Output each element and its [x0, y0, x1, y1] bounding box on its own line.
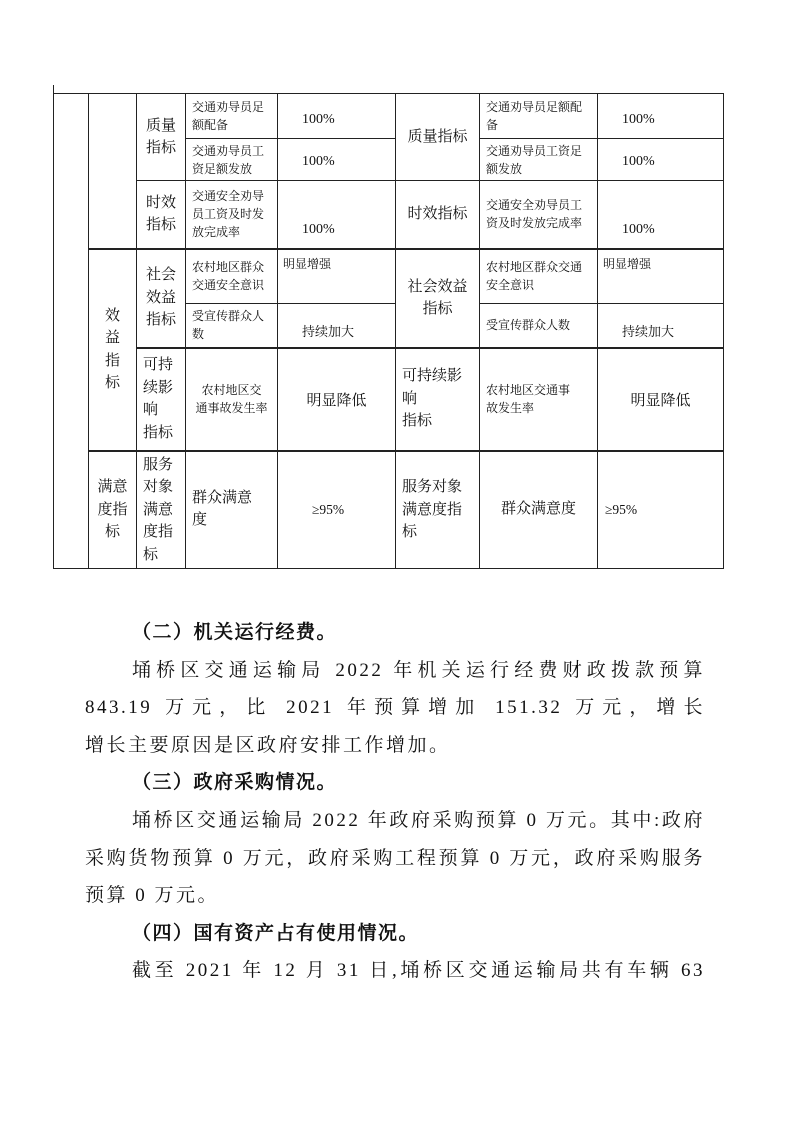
left-sustainability-label: 可持 续影 响 指标 — [137, 348, 186, 451]
body-text: （二）机关运行经费。 埇桥区交通运输局 2022 年机关运行经费财政拨款预算 8… — [85, 614, 705, 990]
indicator-name-cell: 交通劝导员足 额配备 — [186, 94, 278, 139]
paragraph-line: 埇桥区交通运输局 2022 年机关运行经费财政拨款预算 — [85, 652, 705, 690]
indicator-value-cell: ≥95% — [598, 451, 724, 569]
paragraph-line: 预算 0 万元。 — [85, 877, 705, 915]
indicator-value-cell: 明显降低 — [278, 348, 396, 451]
left-satisfaction-label: 服务 对象 满意 度指 标 — [137, 451, 186, 569]
indicator-name-cell: 群众满意 度 — [186, 451, 278, 569]
paragraph-line: 采购货物预算 0 万元，政府采购工程预算 0 万元，政府采购服务 — [85, 840, 705, 878]
right-timeliness-label: 时效指标 — [396, 181, 480, 249]
indicator-value-cell: 明显增强 — [278, 249, 396, 304]
indicator-name-cell: 交通安全劝导员工 资及时发放完成率 — [480, 181, 598, 249]
section-heading-operating-expenses: （二）机关运行经费。 — [85, 614, 705, 652]
indicator-value-cell: 100% — [598, 94, 724, 139]
left-output-group-cell — [89, 94, 137, 249]
left-satisfaction-group-label: 满意 度指 标 — [89, 451, 137, 569]
left-quality-label: 质量 指标 — [137, 94, 186, 181]
indicator-name-cell: 农村地区群众交通 安全意识 — [480, 249, 598, 304]
indicator-name-cell: 受宣传群众人 数 — [186, 304, 278, 348]
table-left-margin-cell — [54, 94, 89, 569]
indicator-value-cell: 明显增强 — [598, 249, 724, 304]
indicator-value-cell: 100% — [278, 181, 396, 249]
indicator-name-cell: 农村地区群众 交通安全意识 — [186, 249, 278, 304]
indicator-name-cell: 交通劝导员工 资足额发放 — [186, 139, 278, 181]
indicator-name-cell: 农村地区交 通事故发生率 — [186, 348, 278, 451]
indicator-value-cell: 100% — [598, 139, 724, 181]
paragraph-line: 埇桥区交通运输局 2022 年政府采购预算 0 万元。其中:政府 — [85, 802, 705, 840]
paragraph-line: 843.19 万元，比 2021 年预算增加 151.32 万元，增长 21.8… — [85, 689, 705, 727]
right-sustainability-label: 可持续影 响 指标 — [396, 348, 480, 451]
indicator-value-cell: 明显降低 — [598, 348, 724, 451]
indicator-name-cell: 群众满意度 — [480, 451, 598, 569]
indicator-value-cell: ≥95% — [278, 451, 396, 569]
indicator-value-cell: 100% — [598, 181, 724, 249]
indicator-value-cell: 持续加大 — [598, 304, 724, 348]
left-timeliness-label: 时效 指标 — [137, 181, 186, 249]
performance-indicators-table: 质量 指标 交通劝导员足 额配备 100% 质量指标 交通劝导员足额配 备 10… — [53, 93, 724, 569]
indicator-name-cell: 交通劝导员工资足 额发放 — [480, 139, 598, 181]
indicator-value-cell: 持续加大 — [278, 304, 396, 348]
paragraph-line: 增长主要原因是区政府安排工作增加。 — [85, 727, 705, 765]
indicator-name-cell: 交通劝导员足额配 备 — [480, 94, 598, 139]
indicator-name-cell: 交通安全劝导 员工资及时发 放完成率 — [186, 181, 278, 249]
section-heading-procurement: （三）政府采购情况。 — [85, 764, 705, 802]
document-page: 质量 指标 交通劝导员足 额配备 100% 质量指标 交通劝导员足额配 备 10… — [0, 0, 793, 1122]
indicator-value-cell: 100% — [278, 139, 396, 181]
right-social-benefit-label: 社会效益 指标 — [396, 249, 480, 348]
paragraph-line: 截至 2021 年 12 月 31 日,埇桥区交通运输局共有车辆 63 辆， — [85, 952, 705, 990]
indicator-name-cell: 受宣传群众人数 — [480, 304, 598, 348]
right-quality-label: 质量指标 — [396, 94, 480, 181]
section-heading-state-assets: （四）国有资产占有使用情况。 — [85, 915, 705, 953]
left-social-benefit-label: 社会 效益 指标 — [137, 249, 186, 348]
indicator-name-cell: 农村地区交通事 故发生率 — [480, 348, 598, 451]
right-satisfaction-label: 服务对象 满意度指 标 — [396, 451, 480, 569]
indicator-value-cell: 100% — [278, 94, 396, 139]
left-benefit-group-label: 效 益 指 标 — [89, 249, 137, 451]
